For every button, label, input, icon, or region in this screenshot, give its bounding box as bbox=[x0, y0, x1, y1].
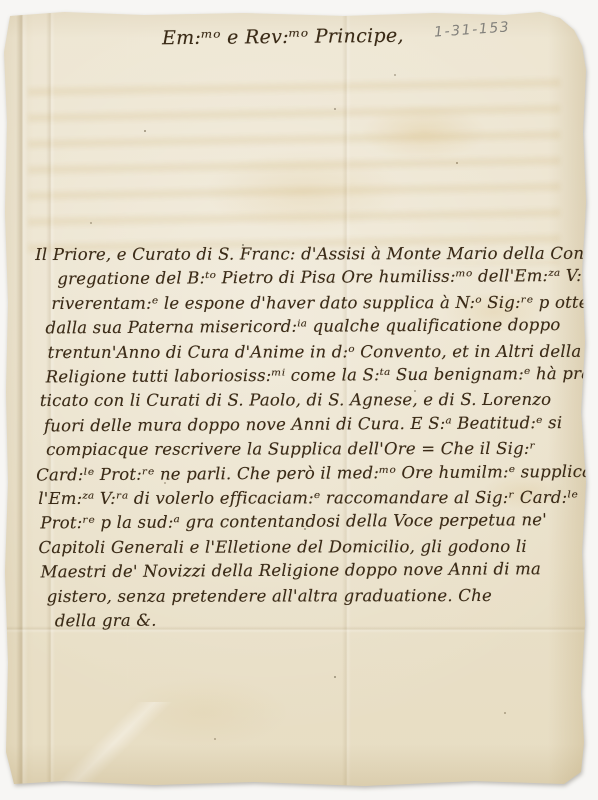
manuscript-line: dalla sua Paterna misericord:ⁱᵃ qualche … bbox=[31, 313, 579, 341]
fold-crease-diagonal bbox=[40, 702, 190, 782]
manuscript-line: della gra &. bbox=[33, 606, 581, 634]
manuscript-line: Capitoli Generali e l'Elletione del Domi… bbox=[32, 535, 580, 561]
manuscript-line: riverentam:ᵉ le espone d'haver dato supp… bbox=[31, 291, 579, 317]
manuscript-line: Maestri de' Novizzi della Religione dopp… bbox=[33, 557, 581, 585]
manuscript-page: 1-31-153 Em:ᵐᵒ e Rev:ᵐᵒ Principe, Il Pri… bbox=[4, 12, 586, 786]
manuscript-line: trentun'Anno di Cura d'Anime in d:ᵒ Conv… bbox=[32, 339, 580, 365]
manuscript-line: gregatione del B:ᵗᵒ Pietro di Pisa Ore h… bbox=[31, 264, 579, 292]
manuscript-line: ticato con li Curati di S. Paolo, di S. … bbox=[32, 388, 580, 414]
paper-specks bbox=[4, 12, 6, 14]
paper-sheet: 1-31-153 Em:ᵐᵒ e Rev:ᵐᵒ Principe, Il Pri… bbox=[4, 12, 586, 786]
manuscript-line: Religione tutti laboriosiss:ᵐⁱ come la S… bbox=[32, 362, 580, 390]
manuscript-line: compiacque rescrivere la Supplica dell'O… bbox=[32, 437, 580, 463]
ink-bleedthrough bbox=[28, 74, 560, 264]
letter-body: Il Priore, e Curato di S. Franc: d'Assis… bbox=[31, 241, 581, 634]
fold-crease-left bbox=[16, 12, 28, 786]
archival-number: 1-31-153 bbox=[434, 19, 511, 40]
letter-salutation: Em:ᵐᵒ e Rev:ᵐᵒ Principe, bbox=[162, 25, 404, 50]
manuscript-line: gistero, senza pretendere all'altra grad… bbox=[33, 583, 581, 609]
scan-background: 1-31-153 Em:ᵐᵒ e Rev:ᵐᵒ Principe, Il Pri… bbox=[0, 0, 598, 800]
manuscript-line: fuori delle mura doppo nove Anni di Cura… bbox=[32, 411, 580, 439]
manuscript-line: Card:ˡᵉ Prot:ʳᵉ ne parli. Che però il me… bbox=[32, 460, 580, 488]
manuscript-line: Prot:ʳᵉ p la sud:ᵃ gra contentandosi del… bbox=[32, 508, 580, 536]
